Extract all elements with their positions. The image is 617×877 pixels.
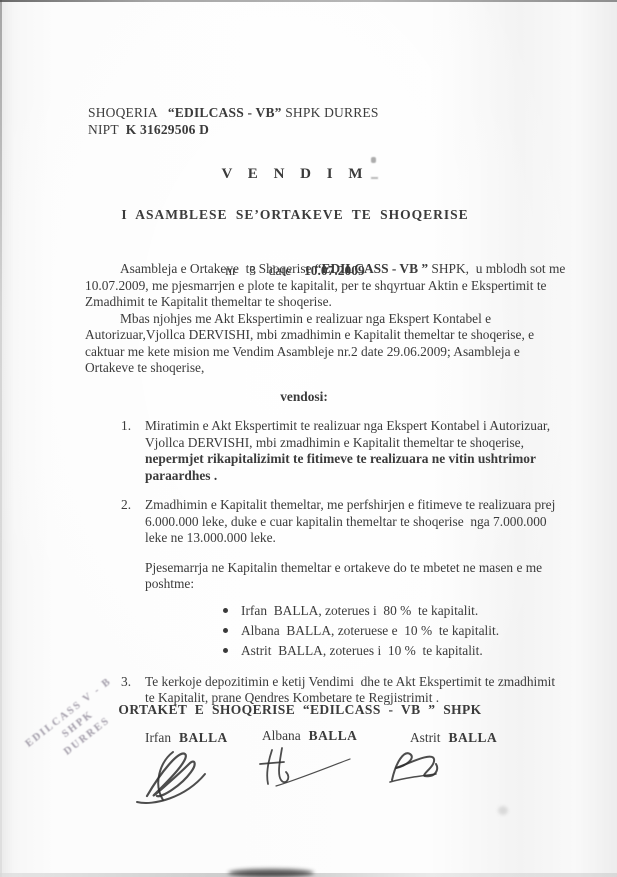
paragraph-expert: Mbas njohjes me Akt Ekspertimin e realiz… — [85, 311, 568, 377]
list-item: Astrit BALLA, zoterues i 10 % te kapital… — [223, 641, 568, 661]
document-subtitle: I ASAMBLESE SE’ORTAKEVE TE SHOQERISE — [0, 207, 590, 223]
nipt-label: NIPT — [88, 122, 119, 137]
item1-bold: nepermjet rikapitalizimit te fitimeve te… — [145, 451, 539, 483]
company-prefix: SHOQERIA — [88, 105, 157, 120]
shareholder-irfan: Irfan BALLA, zoterues i 80 % te kapitali… — [241, 601, 478, 621]
p1-before: Asambleja e Ortakeve te Shoqerise — [120, 261, 315, 276]
list-item: Irfan BALLA, zoterues i 80 % te kapitali… — [223, 601, 568, 621]
signer-albana: AlbanaBALLA — [262, 728, 357, 744]
bullet-icon — [223, 628, 228, 633]
item-number: 2. — [121, 497, 145, 661]
list-item: Albana BALLA, zoteruese e 10 % te kapita… — [223, 621, 568, 641]
item2-text: Zmadhimin e Kapitalit themeltar, me perf… — [145, 497, 559, 545]
document-body: Asambleja e Ortakeve te Shoqerise “EDILC… — [85, 261, 568, 707]
nipt-line: NIPT K 31629506 D — [88, 121, 379, 138]
decision-item-2: 2. Zmadhimin e Kapitalit themeltar, me p… — [85, 497, 568, 661]
paragraph-intro: Asambleja e Ortakeve te Shoqerise “EDILC… — [85, 261, 568, 311]
scan-speck — [498, 806, 508, 815]
nipt-value: K 31629506 D — [126, 122, 209, 137]
document-title: V E N D I M — [0, 166, 590, 183]
shareholder-astrit: Astrit BALLA, zoterues i 10 % te kapital… — [241, 641, 483, 661]
shareholder-list: Irfan BALLA, zoterues i 80 % te kapitali… — [145, 601, 568, 661]
item-number: 1. — [121, 418, 145, 484]
company-suffix: SHPK DURRES — [285, 105, 378, 120]
bullet-icon — [223, 608, 228, 613]
signature-astrit — [386, 748, 442, 791]
decision-label: vendosi: — [85, 389, 568, 406]
participation-note: Pjesemarrja ne Kapitalin themeltar e ort… — [145, 560, 568, 593]
signer-last-name: BALLA — [449, 730, 498, 745]
shareholder-albana: Albana BALLA, zoteruese e 10 % te kapita… — [241, 621, 499, 641]
company-name: “EDILCASS - VB” — [168, 105, 282, 120]
item-text: Miratimin e Akt Ekspertimit te realizuar… — [145, 418, 568, 484]
signer-first-name: Astrit — [410, 730, 441, 745]
company-name-line: SHOQERIA “EDILCASS - VB” SHPK DURRES — [88, 104, 379, 121]
bullet-icon — [223, 648, 228, 653]
p1-company-name: “EDILCASS - VB ” — [315, 261, 428, 276]
signature-irfan — [133, 742, 211, 809]
decision-item-1: 1. Miratimin e Akt Ekspertimit te realiz… — [85, 418, 568, 484]
scan-smudge — [228, 869, 314, 877]
footer-title: ORTAKET E SHOQERISE “EDILCASS - VB ” SHP… — [0, 702, 600, 718]
signer-first-name: Albana — [262, 728, 301, 743]
document-header: SHOQERIA “EDILCASS - VB” SHPK DURRES NIP… — [88, 104, 379, 138]
signer-last-name: BALLA — [309, 728, 358, 743]
item-text: Zmadhimin e Kapitalit themeltar, me perf… — [145, 497, 568, 661]
signer-astrit: AstritBALLA — [410, 730, 497, 746]
scanned-document-page: EDILCASS V - B SHPK DURRES SHOQERIA “EDI… — [0, 0, 617, 877]
signature-albana — [256, 744, 352, 795]
scan-speck — [371, 157, 376, 163]
item1-normal: Miratimin e Akt Ekspertimit te realizuar… — [145, 418, 553, 450]
scan-edge-left — [0, 0, 2, 877]
scan-edge-top — [0, 0, 617, 2]
